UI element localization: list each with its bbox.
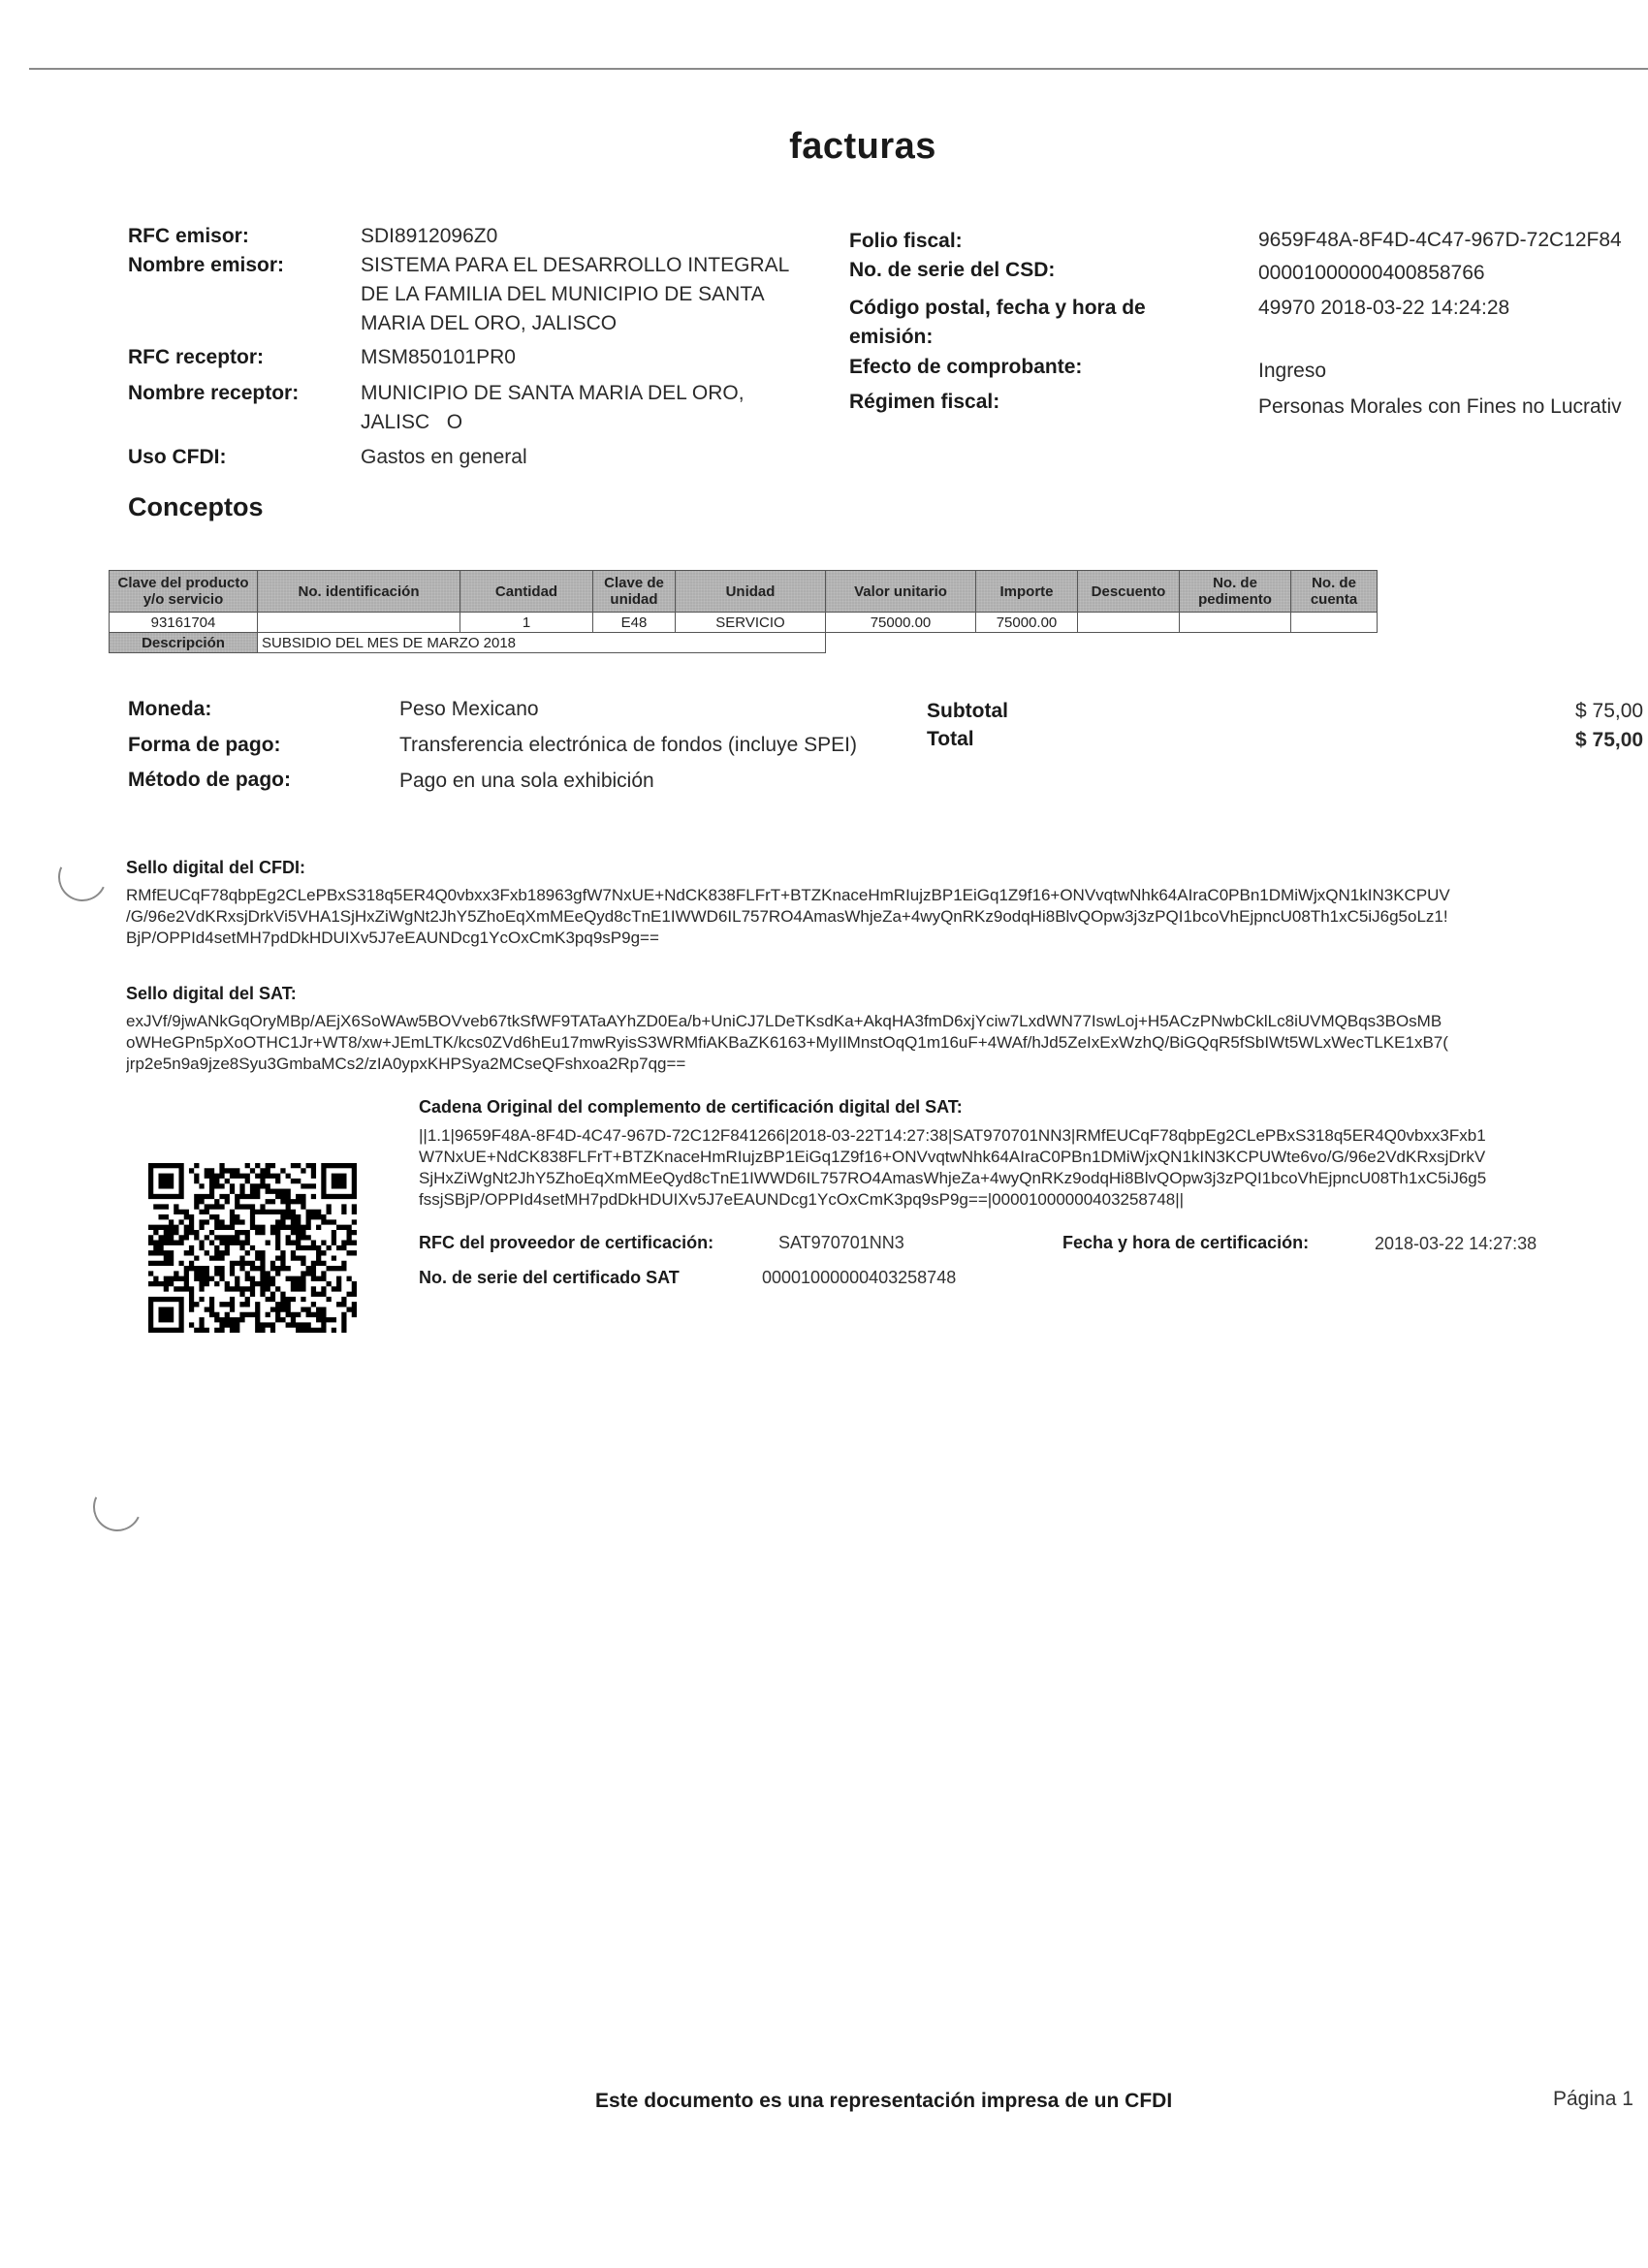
cadena-original-line: fssjSBjP/OPPId4setMH7pdDkHDUIXv5J7eEAUND…: [419, 1189, 1648, 1211]
col-valor-unitario: Valor unitario: [826, 571, 976, 613]
total-label: Total: [927, 728, 974, 751]
sello-sat-label: Sello digital del SAT:: [126, 984, 297, 1004]
conceptos-header-row: Clave del producto y/o servicio No. iden…: [110, 571, 1378, 613]
sello-cfdi-value: RMfEUCqF78qbpEg2CLePBxS318q5ER4Q0vbxx3Fx…: [126, 885, 1648, 949]
moneda-value: Peso Mexicano: [399, 695, 539, 724]
efecto-comprobante-value: Ingreso: [1258, 357, 1326, 386]
efecto-comprobante-label: Efecto de comprobante:: [849, 356, 1082, 379]
col-descuento: Descuento: [1078, 571, 1180, 613]
cell-no-pedimento: [1180, 613, 1291, 633]
nombre-emisor-value: SISTEMA PARA EL DESARROLLO INTEGRAL DE L…: [361, 251, 789, 338]
csd-serie-label: No. de serie del CSD:: [849, 259, 1055, 282]
table-row: 93161704 1 E48 SERVICIO 75000.00 75000.0…: [110, 613, 1378, 633]
serie-certificado-label: No. de serie del certificado SAT: [419, 1268, 680, 1288]
total-value: $ 75,00: [1575, 726, 1648, 755]
cadena-original-label: Cadena Original del complemento de certi…: [419, 1097, 963, 1118]
descripcion-row: Descripción SUBSIDIO DEL MES DE MARZO 20…: [110, 633, 1378, 653]
regimen-fiscal-value: Personas Morales con Fines no Lucrativ: [1258, 393, 1648, 422]
punch-hole-mark: [51, 846, 113, 908]
page-title: facturas: [0, 126, 1648, 168]
uso-cfdi-value: Gastos en general: [361, 443, 527, 472]
cadena-original-line: SjHxZiWgNt2JhY5ZhoEqXmMEeQyd8cTnE1IWWD6I…: [419, 1168, 1648, 1189]
col-no-identificacion: No. identificación: [258, 571, 460, 613]
sello-cfdi-line: BjP/OPPId4setMH7pdDkHDUIXv5J7eEAUNDcg1Yc…: [126, 928, 1648, 949]
subtotal-label: Subtotal: [927, 700, 1008, 723]
col-unidad: Unidad: [676, 571, 826, 613]
codigo-postal-label-line: emisión:: [849, 323, 1146, 352]
col-clave-unidad: Clave de unidad: [593, 571, 676, 613]
rfc-emisor-value: SDI8912096Z0: [361, 222, 497, 251]
metodo-pago-value: Pago en una sola exhibición: [399, 767, 654, 796]
csd-serie-value: 00001000000400858766: [1258, 259, 1485, 288]
rfc-proveedor-value: SAT970701NN3: [778, 1233, 904, 1253]
header-divider: [29, 68, 1648, 70]
regimen-fiscal-label: Régimen fiscal:: [849, 391, 999, 414]
forma-pago-label: Forma de pago:: [128, 734, 281, 757]
fecha-certificacion-value: 2018-03-22 14:27:38: [1375, 1234, 1537, 1254]
descripcion-spacer: [826, 633, 1378, 653]
sello-sat-line: exJVf/9jwANkGqOryMBp/AEjX6SoWAw5BOVveb67…: [126, 1011, 1648, 1032]
cadena-original-line: ||1.1|9659F48A-8F4D-4C47-967D-72C12F8412…: [419, 1125, 1648, 1147]
moneda-label: Moneda:: [128, 698, 211, 721]
nombre-emisor-line: DE LA FAMILIA DEL MUNICIPIO DE SANTA: [361, 280, 789, 309]
rfc-emisor-label: RFC emisor:: [128, 225, 249, 248]
uso-cfdi-label: Uso CFDI:: [128, 446, 227, 469]
cell-unidad: SERVICIO: [676, 613, 826, 633]
nombre-receptor-line: MUNICIPIO DE SANTA MARIA DEL ORO,: [361, 379, 745, 408]
fecha-certificacion-label: Fecha y hora de certificación:: [1062, 1233, 1309, 1253]
subtotal-value: $ 75,00: [1575, 697, 1648, 726]
sello-cfdi-label: Sello digital del CFDI:: [126, 858, 305, 878]
cell-clave-producto: 93161704: [110, 613, 258, 633]
nombre-receptor-label: Nombre receptor:: [128, 382, 299, 405]
punch-hole-mark: [86, 1476, 148, 1538]
cell-descuento: [1078, 613, 1180, 633]
sello-sat-line: jrp2e5n9a9jze8Syu3GmbaMCs2/zIA0ypxKHPSya…: [126, 1054, 1648, 1075]
serie-certificado-value: 00001000000403258748: [762, 1268, 956, 1288]
rfc-receptor-value: MSM850101PR0: [361, 343, 516, 372]
nombre-emisor-line: MARIA DEL ORO, JALISCO: [361, 309, 789, 338]
nombre-receptor-value: MUNICIPIO DE SANTA MARIA DEL ORO, JALISC…: [361, 379, 745, 437]
codigo-postal-value: 49970 2018-03-22 14:24:28: [1258, 294, 1509, 323]
forma-pago-value: Transferencia electrónica de fondos (inc…: [399, 731, 857, 760]
cell-no-identificacion: [258, 613, 460, 633]
sello-sat-value: exJVf/9jwANkGqOryMBp/AEjX6SoWAw5BOVveb67…: [126, 1011, 1648, 1075]
cell-importe: 75000.00: [976, 613, 1078, 633]
descripcion-value: SUBSIDIO DEL MES DE MARZO 2018: [258, 633, 826, 653]
cell-valor-unitario: 75000.00: [826, 613, 976, 633]
nombre-emisor-line: SISTEMA PARA EL DESARROLLO INTEGRAL: [361, 251, 789, 280]
sello-cfdi-line: /G/96e2VdKRxsjDrkVi5VHA1SjHxZiWgNt2JhY5Z…: [126, 906, 1648, 928]
folio-fiscal-value: 9659F48A-8F4D-4C47-967D-72C12F84: [1258, 226, 1648, 255]
cell-clave-unidad: E48: [593, 613, 676, 633]
rfc-proveedor-label: RFC del proveedor de certificación:: [419, 1233, 713, 1253]
sello-cfdi-line: RMfEUCqF78qbpEg2CLePBxS318q5ER4Q0vbxx3Fx…: [126, 885, 1648, 906]
rfc-receptor-label: RFC receptor:: [128, 346, 264, 369]
col-clave-producto: Clave del producto y/o servicio: [110, 571, 258, 613]
codigo-postal-label-line: Código postal, fecha y hora de: [849, 294, 1146, 323]
qr-code-icon: [148, 1163, 357, 1333]
conceptos-title: Conceptos: [128, 492, 264, 522]
page-number: Página 1: [1553, 2088, 1633, 2111]
col-no-cuenta: No. de cuenta: [1291, 571, 1378, 613]
nombre-receptor-line: JALISC O: [361, 408, 745, 437]
col-no-pedimento: No. de pedimento: [1180, 571, 1291, 613]
folio-fiscal-label: Folio fiscal:: [849, 230, 963, 253]
footer-note: Este documento es una representación imp…: [595, 2090, 1172, 2113]
cell-no-cuenta: [1291, 613, 1378, 633]
descripcion-label: Descripción: [110, 633, 258, 653]
conceptos-table: Clave del producto y/o servicio No. iden…: [109, 570, 1378, 653]
cell-cantidad: 1: [460, 613, 593, 633]
sello-sat-line: oWHeGPn5pXoOTHC1Jr+WT8/xw+JEmLTK/kcs0ZVd…: [126, 1032, 1648, 1054]
col-importe: Importe: [976, 571, 1078, 613]
cadena-original-value: ||1.1|9659F48A-8F4D-4C47-967D-72C12F8412…: [419, 1125, 1648, 1211]
codigo-postal-label: Código postal, fecha y hora de emisión:: [849, 294, 1146, 352]
cadena-original-line: W7NxUE+NdCK838FLFrT+BTZKnaceHmRIujzBP1Ei…: [419, 1147, 1648, 1168]
nombre-emisor-label: Nombre emisor:: [128, 254, 284, 277]
col-cantidad: Cantidad: [460, 571, 593, 613]
metodo-pago-label: Método de pago:: [128, 769, 291, 792]
